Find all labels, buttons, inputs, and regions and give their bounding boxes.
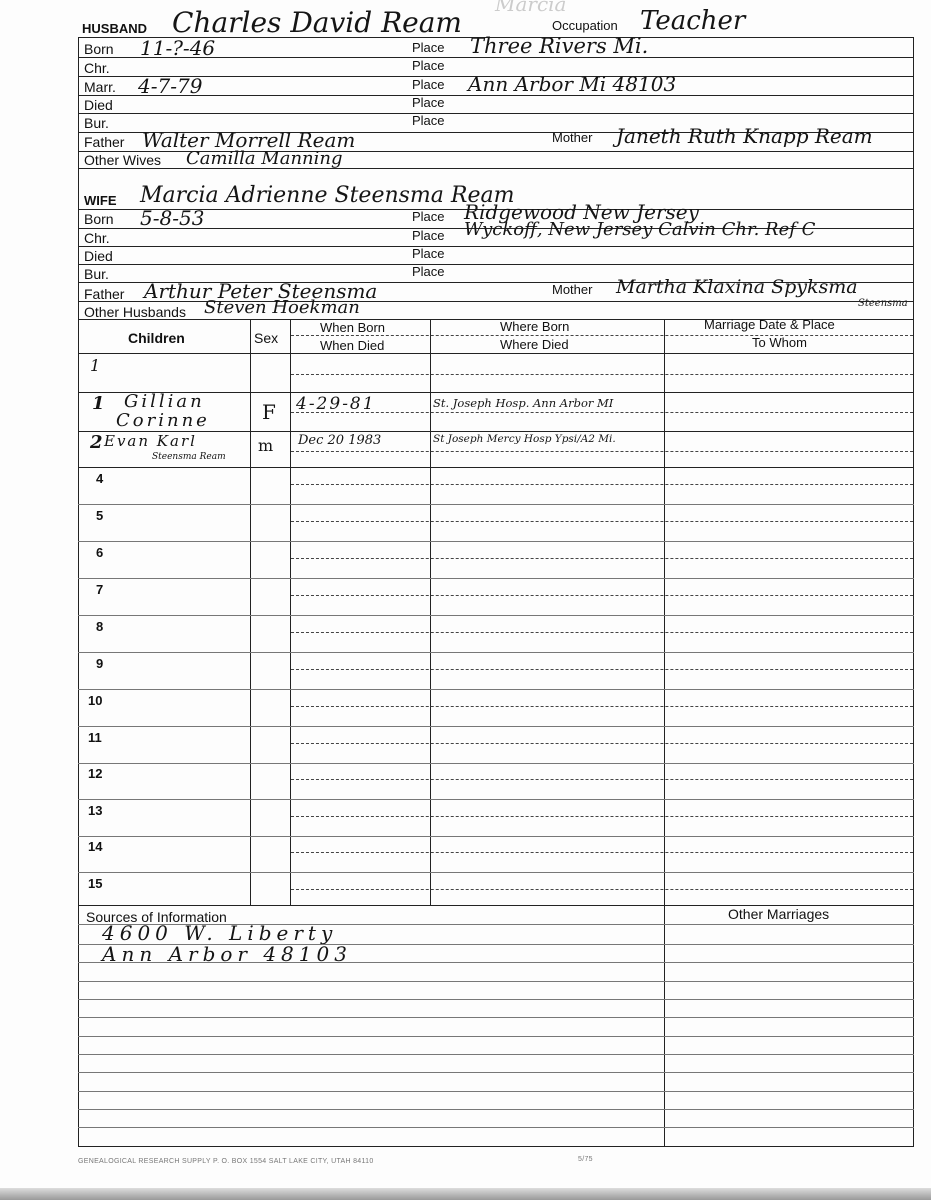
husband-bur-label: Bur. <box>84 116 109 130</box>
child-number: 1 <box>90 356 100 375</box>
child-number: 9 <box>96 657 103 671</box>
child-when-born[interactable]: Dec 20 1983 <box>298 433 381 448</box>
husband-marr-label: Marr. <box>84 80 116 94</box>
page-edge <box>0 1188 931 1200</box>
wife-other-husbands[interactable]: Steven Hoekman <box>204 297 360 318</box>
child-number: 1 <box>92 393 105 414</box>
child-number: 7 <box>96 583 103 597</box>
child-number: 13 <box>88 804 102 818</box>
header-sex: Sex <box>254 331 278 345</box>
child-sex[interactable]: F <box>262 400 276 424</box>
header-where-died: Where Died <box>500 338 569 352</box>
husband-father-label: Father <box>84 135 124 149</box>
child-name-line2[interactable]: Steensma Ream <box>152 452 226 462</box>
form-code: 5/75 <box>578 1156 593 1163</box>
child-name[interactable]: Gillian <box>124 391 205 412</box>
wife-chr-place-label: Place <box>412 229 445 243</box>
publisher-imprint: GENEALOGICAL RESEARCH SUPPLY P. O. BOX 1… <box>78 1158 374 1165</box>
child-number: 2 <box>90 432 103 453</box>
wife-mother-label: Mother <box>552 283 592 297</box>
husband-mother-label: Mother <box>552 131 592 145</box>
child-name[interactable]: Evan Karl <box>104 432 197 450</box>
other-marriages-label: Other Marriages <box>728 907 829 921</box>
child-number: 14 <box>88 840 102 854</box>
husband-marr-place[interactable]: Ann Arbor Mi 48103 <box>468 72 676 96</box>
child-number: 5 <box>96 509 103 523</box>
wife-mother[interactable]: Martha Klaxina Spyksma <box>616 276 858 298</box>
husband-born-label: Born <box>84 42 114 56</box>
header-when-died: When Died <box>320 339 384 353</box>
child-number: 8 <box>96 620 103 634</box>
wife-chr-place[interactable]: Wyckoff, New Jersey Calvin Chr. Ref C <box>464 219 815 240</box>
wife-other-husbands-label: Other Husbands <box>84 305 186 319</box>
header-when-born: When Born <box>320 321 385 335</box>
wife-died-place-label: Place <box>412 247 445 261</box>
child-where-born[interactable]: St Joseph Mercy Hosp Ypsi/A2 Mi. <box>433 433 616 445</box>
wife-bur-place-label: Place <box>412 265 445 279</box>
header-where-born: Where Born <box>500 320 569 334</box>
faint-note: Marcia <box>495 0 566 16</box>
header-marriage: Marriage Date & Place <box>704 318 835 332</box>
wife-mother-note[interactable]: Steensma <box>858 298 908 309</box>
wife-born-date[interactable]: 5-8-53 <box>140 206 204 230</box>
wife-chr-label: Chr. <box>84 231 110 245</box>
wife-bur-label: Bur. <box>84 267 109 281</box>
husband-chr-place-label: Place <box>412 59 445 73</box>
husband-marr-place-label: Place <box>412 78 445 92</box>
child-number: 11 <box>88 731 102 745</box>
occupation-label: Occupation <box>552 19 618 33</box>
husband-label: HUSBAND <box>82 22 147 36</box>
wife-born-label: Born <box>84 212 114 226</box>
child-sex[interactable]: m <box>258 436 273 455</box>
wife-died-label: Died <box>84 249 113 263</box>
wife-born-place-label: Place <box>412 210 445 224</box>
child-number: 10 <box>88 694 102 708</box>
husband-born-place-label: Place <box>412 41 445 55</box>
husband-name[interactable]: Charles David Ream <box>172 6 462 39</box>
child-number: 12 <box>88 767 102 781</box>
husband-died-place-label: Place <box>412 96 445 110</box>
child-name-line2[interactable]: Corinne <box>116 410 210 431</box>
husband-died-label: Died <box>84 98 113 112</box>
wife-label: WIFE <box>84 194 117 208</box>
wife-name[interactable]: Marcia Adrienne Steensma Ream <box>140 183 514 208</box>
wife-father-label: Father <box>84 287 124 301</box>
child-when-born[interactable]: 4-29-81 <box>296 394 376 414</box>
occupation-value[interactable]: Teacher <box>640 6 745 36</box>
child-number: 4 <box>96 472 103 486</box>
husband-other-wives-label: Other Wives <box>84 153 161 167</box>
husband-other-wives[interactable]: Camilla Manning <box>186 148 343 169</box>
husband-chr-label: Chr. <box>84 61 110 75</box>
child-number: 6 <box>96 546 103 560</box>
husband-bur-place-label: Place <box>412 114 445 128</box>
child-number: 15 <box>88 877 102 891</box>
husband-mother[interactable]: Janeth Ruth Knapp Ream <box>616 124 873 148</box>
husband-born-place[interactable]: Three Rivers Mi. <box>470 34 648 58</box>
header-to-whom: To Whom <box>752 336 807 350</box>
child-where-born[interactable]: St. Joseph Hosp. Ann Arbor MI <box>433 396 613 410</box>
header-children: Children <box>128 331 185 345</box>
